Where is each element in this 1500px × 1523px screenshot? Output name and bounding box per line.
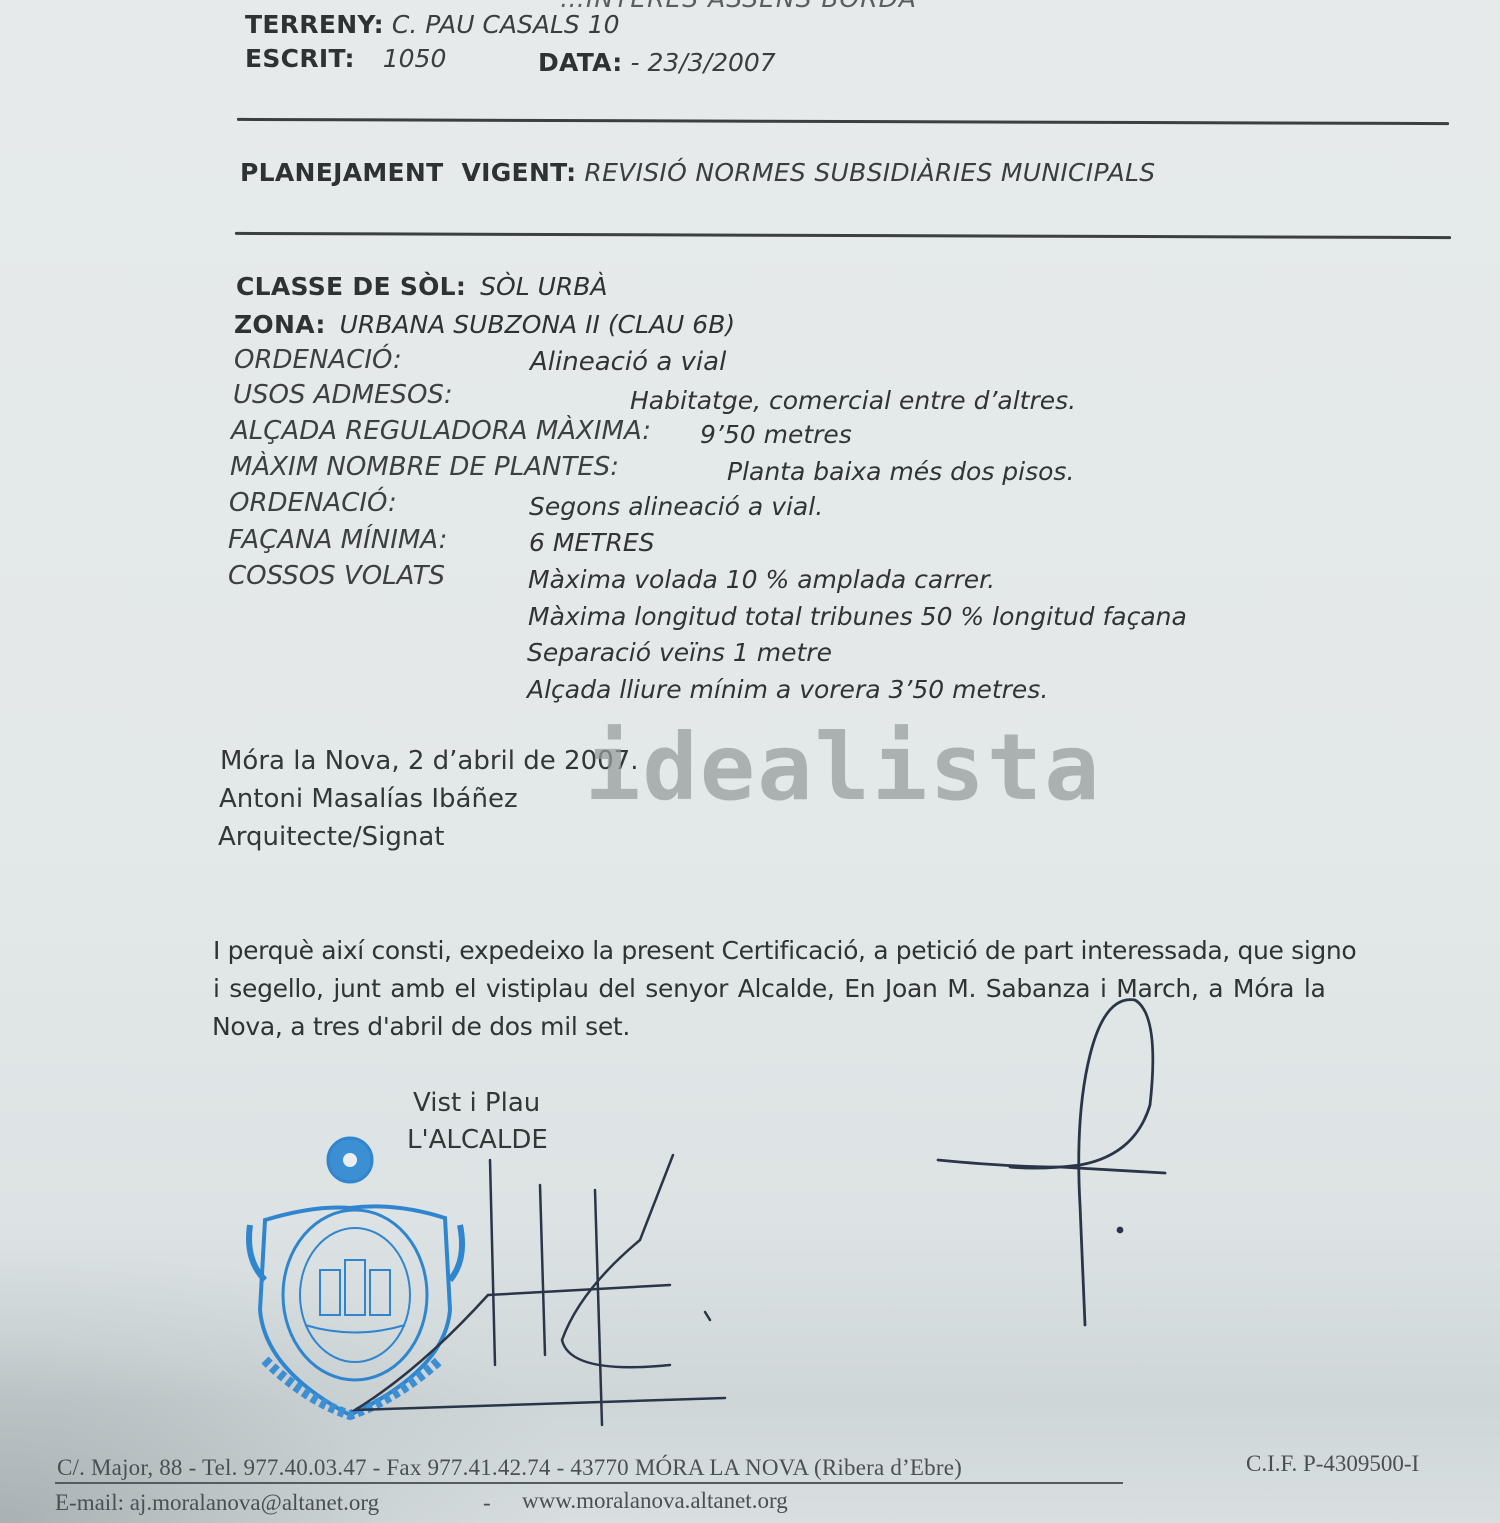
certification-line: Nova, a tres d'abril de dos mil set. <box>212 1012 630 1041</box>
place-date: Móra la Nova, 2 d’abril de 2007. <box>220 746 638 776</box>
footer-underline <box>55 1482 1123 1484</box>
row-label: ALÇADA REGULADORA MÀXIMA: <box>231 416 651 446</box>
approval-line-1: Vist i Plau <box>413 1088 540 1118</box>
escrit-field: ESCRIT: 1050 <box>245 44 446 73</box>
terreny-value: C. PAU CASALS 10 <box>392 10 620 39</box>
terreny-field: TERRENY: C. PAU CASALS 10 <box>245 10 620 39</box>
row-value: Segons alineació a vial. <box>529 492 823 521</box>
row-value: Màxima volada 10 % amplada carrer. <box>528 565 995 594</box>
data-label: DATA: <box>538 48 623 77</box>
escrit-value: 1050 <box>383 44 447 73</box>
row-label: MÀXIM NOMBRE DE PLANTES: <box>230 452 619 482</box>
terreny-label: TERRENY: <box>245 10 384 39</box>
row-value: 9’50 metres <box>700 420 852 449</box>
planejament-field: PLANEJAMENT VIGENT: REVISIÓ NORMES SUBSI… <box>240 158 1155 187</box>
footer-website[interactable]: www.moralanova.altanet.org <box>522 1488 788 1514</box>
row-label: ORDENACIÓ: <box>234 345 402 375</box>
architect-name: Antoni Masalías Ibáñez <box>219 784 518 814</box>
idealista-watermark: idealista <box>585 722 1102 814</box>
classe-sol-field: CLASSE DE SÒL: SÒL URBÀ <box>236 272 608 301</box>
row-value: Planta baixa més dos pisos. <box>727 457 1074 486</box>
divider-2 <box>235 232 1451 239</box>
planejament-label: PLANEJAMENT VIGENT: <box>240 158 576 187</box>
footer-email[interactable]: E-mail: aj.moralanova@altanet.org <box>55 1490 379 1516</box>
footer-separator: - <box>483 1490 491 1516</box>
data-field: DATA: - 23/3/2007 <box>538 48 776 77</box>
certification-line: I perquè així consti, expedeixo la prese… <box>213 936 1356 965</box>
cossos-volats-line: Màxima longitud total tribunes 50 % long… <box>528 602 1187 631</box>
row-value: 6 METRES <box>529 528 655 557</box>
data-value: - 23/3/2007 <box>631 48 776 77</box>
row-value: Alineació a vial <box>530 347 726 377</box>
zona-value: URBANA SUBZONA II (CLAU 6B) <box>340 310 736 339</box>
zona-label: ZONA: <box>234 310 326 339</box>
row-label: FAÇANA MÍNIMA: <box>228 525 447 555</box>
row-label: USOS ADMESOS: <box>233 380 453 410</box>
cossos-volats-line: Separació veïns 1 metre <box>527 638 832 667</box>
row-label: ORDENACIÓ: <box>229 488 397 518</box>
mayor-signature-icon <box>340 1140 740 1420</box>
footer-cif: C.I.F. P-4309500-I <box>1246 1451 1419 1477</box>
classe-sol-label: CLASSE DE SÒL: <box>236 272 466 301</box>
planejament-value: REVISIÓ NORMES SUBSIDIÀRIES MUNICIPALS <box>584 158 1155 187</box>
zona-field: ZONA: URBANA SUBZONA II (CLAU 6B) <box>234 310 735 339</box>
classe-sol-value: SÒL URBÀ <box>480 272 607 301</box>
footer-address: C/. Major, 88 - Tel. 977.40.03.47 - Fax … <box>57 1455 962 1481</box>
escrit-label: ESCRIT: <box>245 44 355 73</box>
signature-icon <box>930 995 1180 1335</box>
row-label: COSSOS VOLATS <box>228 561 445 591</box>
divider-1 <box>237 118 1449 125</box>
architect-role: Arquitecte/Signat <box>218 822 445 852</box>
cossos-volats-line: Alçada lliure mínim a vorera 3’50 metres… <box>527 675 1048 704</box>
row-value: Habitatge, comercial entre d’altres. <box>630 386 1076 415</box>
